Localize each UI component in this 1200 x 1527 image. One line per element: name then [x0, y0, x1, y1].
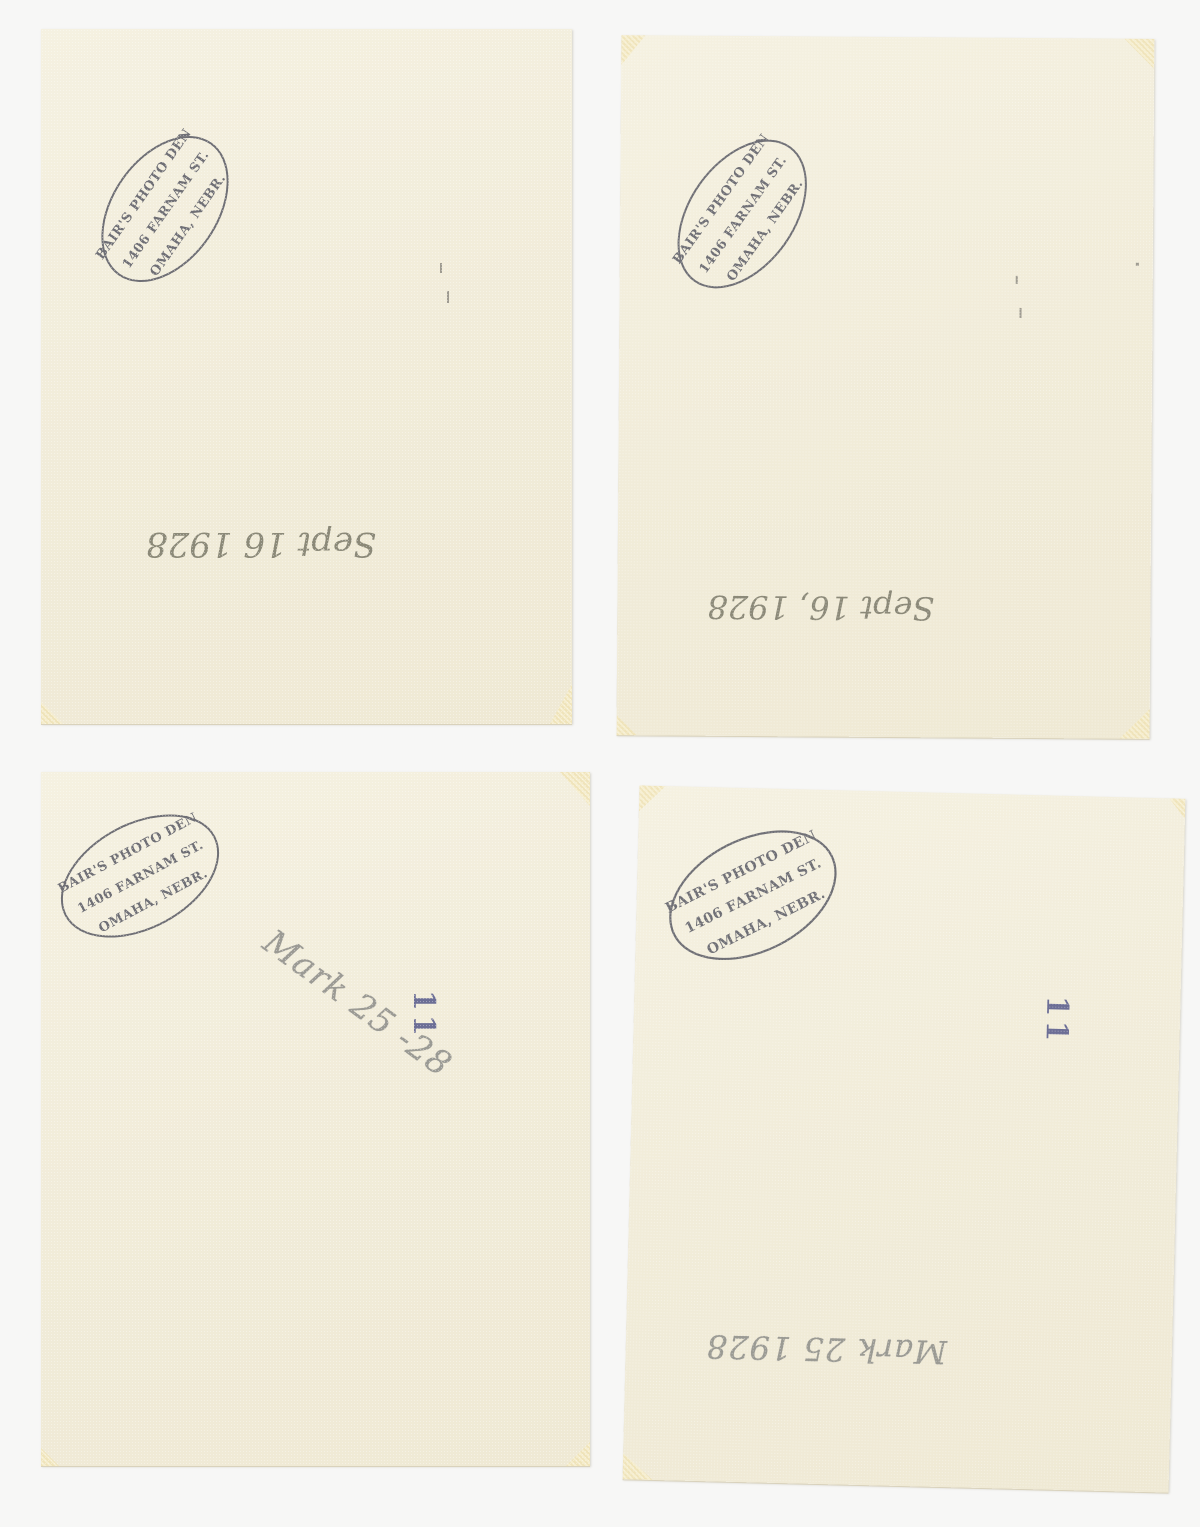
photo-back-2: BAIR'S PHOTO DEN 1406 FARNAM ST. OMAHA, … [617, 35, 1155, 739]
pencil-mark [1136, 263, 1139, 266]
photo-corner-mount [41, 1448, 59, 1466]
photo-corner-mount [560, 772, 590, 806]
photo-back-4: BAIR'S PHOTO DEN 1406 FARNAM ST. OMAHA, … [623, 785, 1186, 1492]
handwritten-date: Mark 25 1928 [705, 1327, 947, 1371]
ink-number-stamp: 11 [406, 990, 441, 1040]
handwritten-date-text: Mark 25 1928 [705, 1327, 947, 1371]
photo-corner-mount [1169, 798, 1185, 818]
photo-corner-mount [566, 1442, 590, 1466]
handwritten-date: Sept 16, 1928 [707, 588, 934, 628]
photo-corner-mount [621, 35, 645, 65]
ink-number-text: 11 [1038, 995, 1074, 1046]
studio-stamp: BAIR'S PHOTO DEN 1406 FARNAM ST. OMAHA, … [85, 124, 245, 298]
ink-number-stamp: 11 [1038, 995, 1074, 1046]
studio-stamp: BAIR'S PHOTO DEN 1406 FARNAM ST. OMAHA, … [55, 806, 225, 950]
pencil-mark [447, 291, 449, 303]
studio-stamp: BAIR'S PHOTO DEN 1406 FARNAM ST. OMAHA, … [662, 123, 823, 308]
photo-back-1: BAIR'S PHOTO DEN 1406 FARNAM ST. OMAHA, … [41, 29, 572, 724]
pencil-mark [1019, 308, 1021, 318]
handwritten-date-text: Sept 16, 1928 [707, 588, 934, 628]
handwritten-date-text: Sept 16 1928 [146, 524, 376, 564]
photo-corner-mount [617, 715, 637, 735]
studio-stamp: BAIR'S PHOTO DEN 1406 FARNAM ST. OMAHA, … [661, 818, 845, 976]
photo-corner-mount [41, 702, 63, 724]
photo-corner-mount [1124, 39, 1154, 69]
photo-back-3: BAIR'S PHOTO DEN 1406 FARNAM ST. OMAHA, … [41, 772, 590, 1466]
photo-corner-mount [639, 785, 666, 812]
photo-corner-mount [550, 684, 572, 724]
pencil-mark [1016, 276, 1018, 284]
photo-corner-mount [1120, 709, 1150, 739]
photo-corner-mount [623, 1453, 654, 1480]
handwritten-date: Sept 16 1928 [146, 524, 376, 564]
pencil-mark [440, 263, 442, 273]
photo-backs-scan: BAIR'S PHOTO DEN 1406 FARNAM ST. OMAHA, … [0, 0, 1200, 1527]
ink-number-text: 11 [406, 990, 441, 1040]
